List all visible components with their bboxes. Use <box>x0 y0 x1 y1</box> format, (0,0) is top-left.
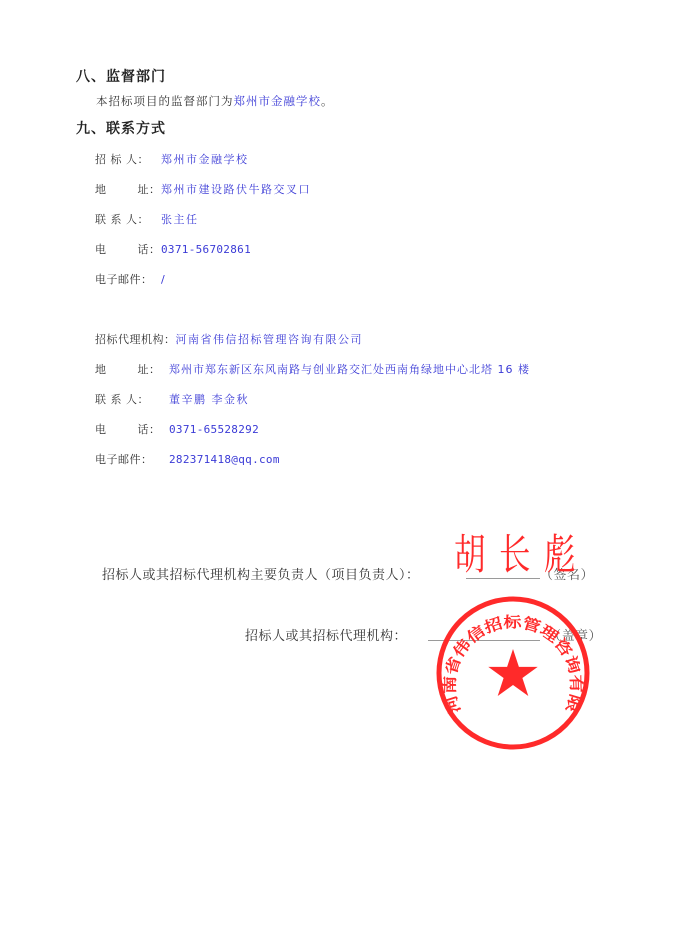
section-8-heading: 八、监督部门 <box>76 66 166 86</box>
phone-label: 电话： <box>95 241 161 257</box>
agency-seal-label: 招标人或其招标代理机构： <box>245 625 407 644</box>
principal-signature-label: 招标人或其招标代理机构主要负责人（项目负责人）： <box>102 564 420 583</box>
agency-label: 招标代理机构： <box>95 333 176 346</box>
tenderer-contact-row: 联 系 人：张主任 <box>95 208 199 227</box>
tenderer-contact-value: 张主任 <box>161 213 199 226</box>
supervision-prefix: 本招标项目的监督部门为 <box>96 94 234 108</box>
tenderer-address-value: 郑州市建设路伏牛路交叉口 <box>161 183 311 196</box>
handwritten-signature: 胡长彪 <box>454 522 589 582</box>
tenderer-email-value: / <box>161 273 166 286</box>
tenderer-phone-row: 电话：0371-56702861 <box>95 238 251 257</box>
agency-contact-value: 董辛鹏 李金秋 <box>169 393 249 406</box>
agency-phone-value: 0371-65528292 <box>169 423 259 436</box>
agency-email-value: 282371418@qq.com <box>169 453 280 466</box>
phone-label: 电话： <box>95 421 169 437</box>
company-seal-stamp: 河南省伟信招标管理咨询有限公司 <box>433 593 593 753</box>
agency-name-row: 招标代理机构：河南省伟信招标管理咨询有限公司 <box>95 328 363 347</box>
tenderer-phone-value: 0371-56702861 <box>161 243 251 256</box>
agency-address-row: 地址：郑州市郑东新区东风南路与创业路交汇处西南角绿地中心北塔 16 楼 <box>95 358 530 377</box>
seal-text: 河南省伟信招标管理咨询有限公司 <box>433 593 585 716</box>
tenderer-label: 招 标 人： <box>95 151 161 167</box>
tenderer-value: 郑州市金融学校 <box>161 153 249 166</box>
supervision-suffix: 。 <box>321 94 334 108</box>
supervision-department: 郑州市金融学校 <box>234 94 322 108</box>
tenderer-row: 招 标 人：郑州市金融学校 <box>95 148 249 167</box>
section-9-heading: 九、联系方式 <box>76 118 166 138</box>
contact-person-label: 联 系 人： <box>95 391 169 407</box>
email-label: 电子邮件： <box>95 271 161 287</box>
agency-name-value: 河南省伟信招标管理咨询有限公司 <box>176 333 364 346</box>
tenderer-address-row: 地址：郑州市建设路伏牛路交叉口 <box>95 178 311 197</box>
agency-phone-row: 电话：0371-65528292 <box>95 418 259 437</box>
agency-contact-row: 联 系 人：董辛鹏 李金秋 <box>95 388 249 407</box>
tenderer-email-row: 电子邮件：/ <box>95 268 166 287</box>
section-8-text: 本招标项目的监督部门为郑州市金融学校。 <box>96 93 334 109</box>
email-label: 电子邮件： <box>95 451 169 467</box>
contact-person-label: 联 系 人： <box>95 211 161 227</box>
star-icon <box>488 649 537 696</box>
address-label: 地址： <box>95 181 161 197</box>
agency-email-row: 电子邮件：282371418@qq.com <box>95 448 280 467</box>
agency-address-value: 郑州市郑东新区东风南路与创业路交汇处西南角绿地中心北塔 16 楼 <box>169 363 530 376</box>
address-label: 地址： <box>95 361 169 377</box>
